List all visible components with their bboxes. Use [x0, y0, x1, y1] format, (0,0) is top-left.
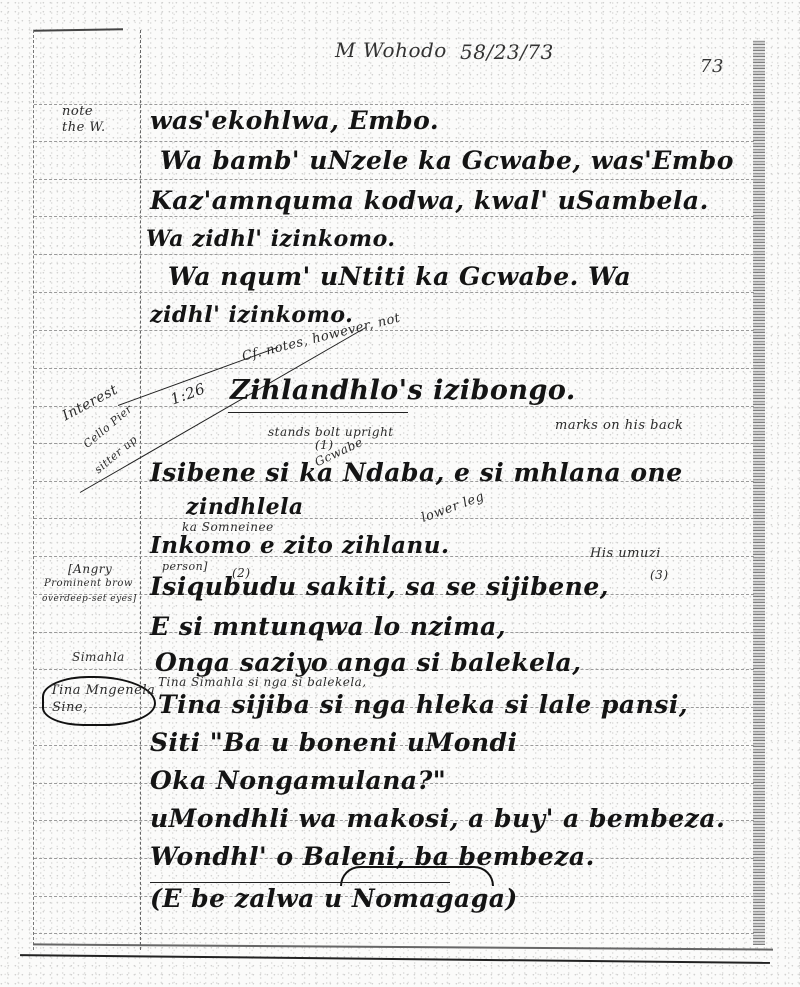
overline — [150, 882, 450, 883]
ruled-line — [34, 443, 754, 444]
text-line-10: Inkomo e zito zihlanu. — [150, 532, 449, 559]
gloss-marks-back: marks on his back — [555, 418, 683, 433]
margin-note-simahla: Simahla — [72, 650, 125, 664]
text-line-2: Wa bamb' uNzele ka Gcwabe, was'Embo — [160, 146, 734, 175]
text-line-14: Tina sijiba si nga hleka si lale pansi, — [158, 690, 688, 719]
text-line-5: Wa nqum' uNtiti ka Gcwabe. Wa — [168, 262, 631, 291]
gloss-stands-upright: stands bolt upright — [268, 425, 394, 439]
ruled-line — [34, 368, 754, 369]
ruled-line — [34, 216, 754, 217]
text-line-1: was'ekohlwa, Embo. — [150, 106, 439, 135]
ruled-line — [34, 254, 754, 255]
paper-right-edge — [753, 40, 765, 945]
signature: M Wohodo — [335, 38, 447, 62]
margin-rule — [140, 30, 142, 950]
margin-note-eyes: overdeep-set eyes] — [42, 594, 137, 604]
ruled-line — [34, 104, 754, 105]
text-line-16: Oka Nongamulana?" — [150, 766, 446, 795]
paper-left-edge — [33, 30, 35, 950]
ruled-line — [34, 406, 754, 407]
margin-note-tina: Tina Mngenela — [50, 683, 155, 698]
footnote-3: (3) — [650, 568, 669, 582]
margin-note-the-w: the W. — [62, 120, 106, 135]
text-line-13: Onga saziyo anga si balekela, — [155, 648, 581, 677]
ruled-line — [34, 179, 754, 180]
text-line-6: zidhl' izinkomo. — [150, 302, 353, 328]
ruled-line — [34, 292, 754, 293]
section-title: Zihlandhlo's izibongo. — [230, 375, 576, 406]
text-line-9: zindhlela — [186, 494, 304, 520]
margin-note-angry: [Angry — [68, 562, 112, 576]
margin-note-note: note — [62, 104, 93, 119]
text-line-15: Siti "Ba u boneni uMondi — [150, 728, 518, 757]
ruled-line — [34, 330, 754, 331]
reference-number: 58/23/73 — [460, 40, 554, 64]
text-line-4: Wa zidhl' izinkomo. — [146, 226, 396, 252]
text-line-12: E si mntunqwa lo nzima, — [150, 612, 506, 641]
margin-note-brow: Prominent brow — [44, 578, 133, 589]
title-underline — [228, 412, 408, 413]
ruled-line — [34, 141, 754, 142]
gloss-tina-simahla: Tina Simahla si nga si balekela, — [158, 675, 367, 689]
ruled-line — [34, 518, 754, 519]
page-number: 73 — [700, 56, 724, 77]
text-line-8: Isibene si ka Ndaba, e si mhlana one — [150, 458, 683, 487]
text-line-11: Isiqubudu sakiti, sa se sijibene, — [150, 572, 609, 601]
manuscript-page: M Wohodo 58/23/73 73 note the W. was'eko… — [0, 0, 800, 987]
ruled-line — [34, 933, 754, 934]
text-line-19: (E be zalwa u Nomagaga) — [150, 884, 518, 913]
bracket-connector — [340, 866, 494, 886]
text-line-3: Kaz'amnquma kodwa, kwal' uSambela. — [150, 186, 709, 215]
margin-note-sine: Sine, — [52, 700, 88, 715]
gloss-his-umuzi: His umuzi — [590, 546, 661, 561]
text-line-17: uMondhli wa makosi, a buy' a bembeza. — [150, 804, 725, 833]
